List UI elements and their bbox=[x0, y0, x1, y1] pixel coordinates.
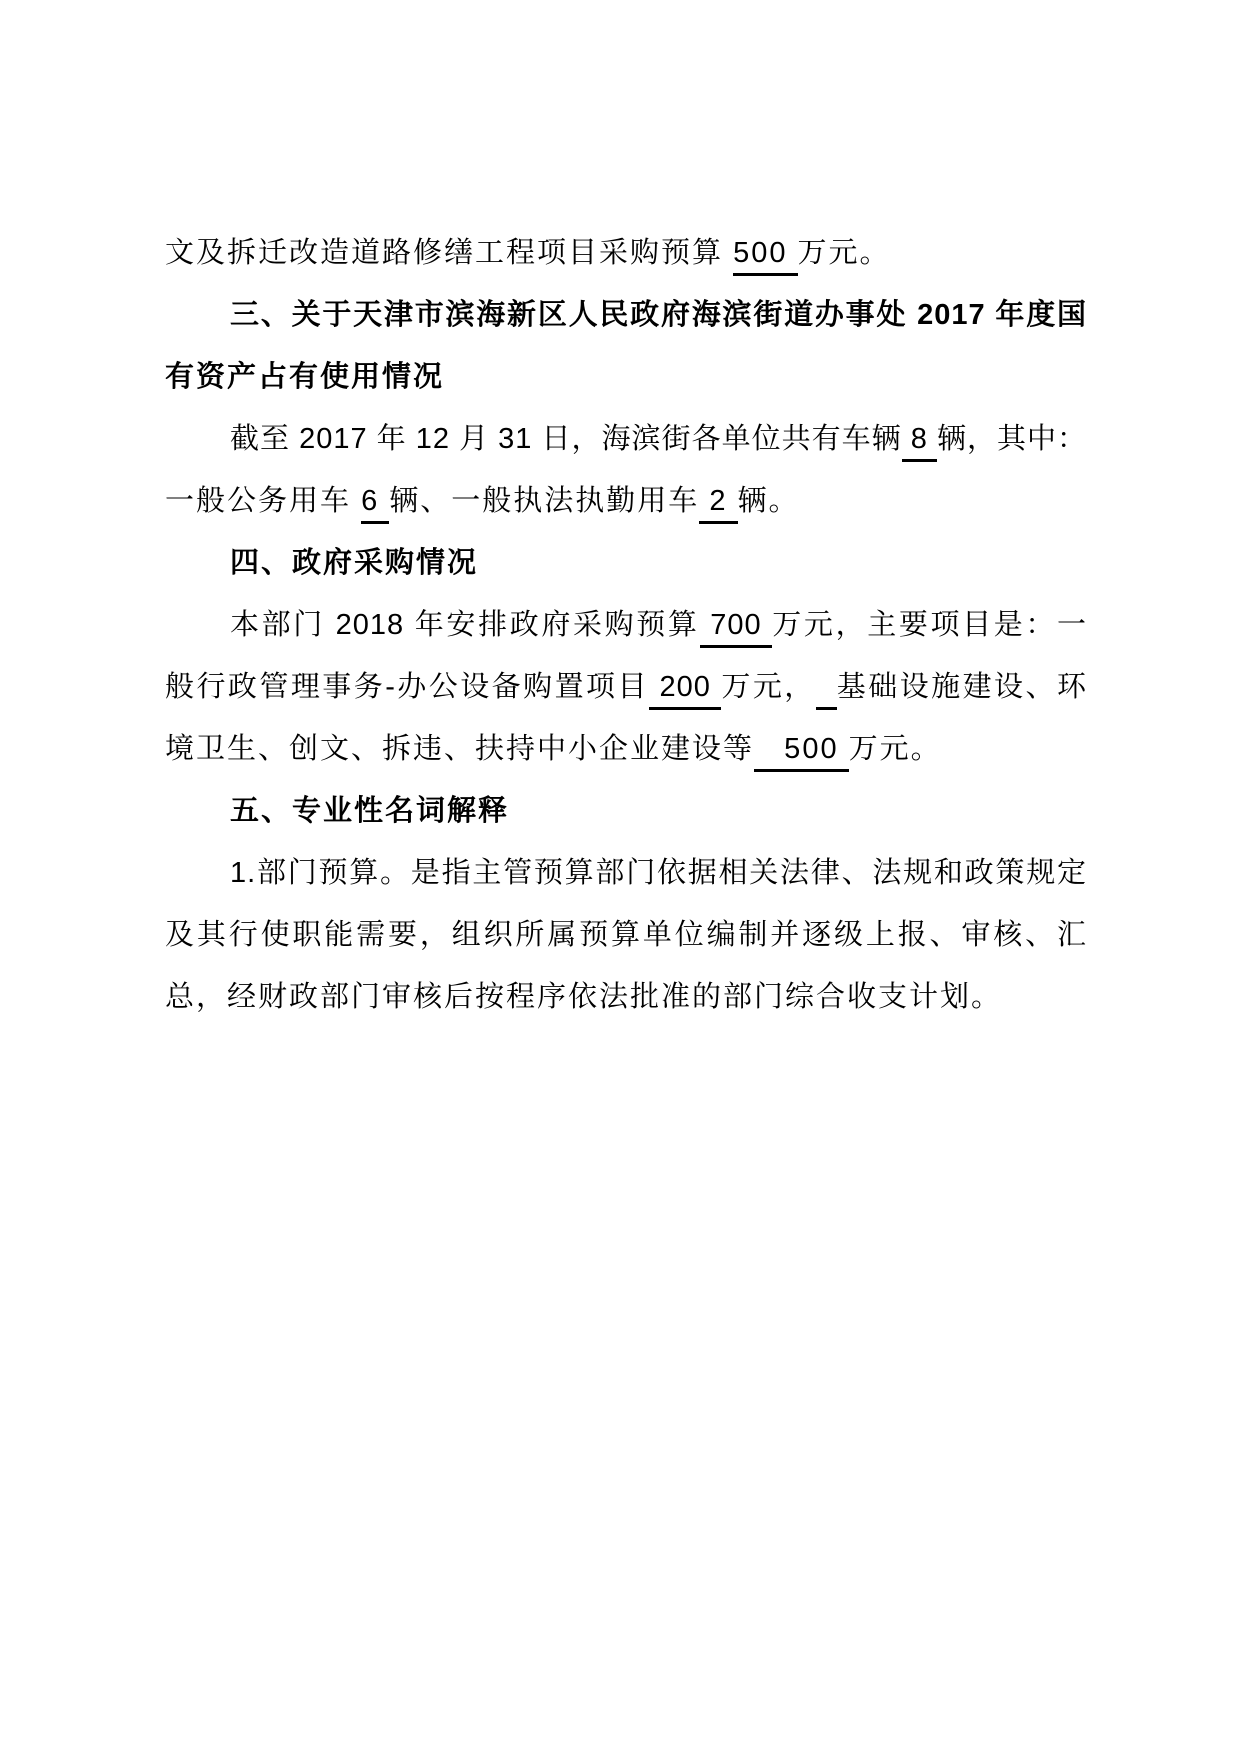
text-segment: 1.部门预算。是指主管预算部门依据相关法律、法规和政策规定 bbox=[230, 857, 1087, 889]
heading-text: 五、专业性名词解释 bbox=[230, 795, 509, 827]
text-segment: 本部门 2018 年安排政府采购预算 bbox=[230, 609, 700, 641]
paragraph-continuation-line: 文及拆迁改造道路修缮工程项目采购预算 500 万元。 bbox=[165, 222, 1087, 284]
text-segment: 万元。 bbox=[849, 733, 942, 765]
procurement-budget-700-value: 700 bbox=[700, 609, 773, 648]
section-heading-3-line-2: 有资产占有使用情况 bbox=[165, 346, 1087, 408]
heading-text: 三、关于天津市滨海新区人民政府海滨街道办事处 2017 年度国 bbox=[230, 299, 1087, 331]
text-segment: 般行政管理事务-办公设备购置项目 bbox=[165, 671, 649, 703]
text-segment: 辆，其中： bbox=[937, 423, 1087, 455]
text-segment: 总，经财政部门审核后按程序依法批准的部门综合收支计划。 bbox=[165, 981, 1002, 1013]
section-heading-5: 五、专业性名词解释 bbox=[165, 780, 1087, 842]
section-heading-3-line-1: 三、关于天津市滨海新区人民政府海滨街道办事处 2017 年度国 bbox=[165, 284, 1087, 346]
glossary-paragraph-line-1: 1.部门预算。是指主管预算部门依据相关法律、法规和政策规定 bbox=[165, 842, 1087, 904]
text-segment: 辆。 bbox=[738, 485, 800, 517]
text-segment: 万元，主要项目是：一 bbox=[772, 609, 1087, 641]
section-heading-4: 四、政府采购情况 bbox=[165, 532, 1087, 594]
procurement-paragraph-line-3: 境卫生、创文、拆违、扶持中小企业建设等 500 万元。 bbox=[165, 718, 1087, 780]
text-segment: 辆、一般执法执勤用车 bbox=[389, 485, 699, 517]
heading-text: 有资产占有使用情况 bbox=[165, 361, 444, 393]
procurement-paragraph-line-2: 般行政管理事务-办公设备购置项目 200 万元， 基础设施建设、环 bbox=[165, 656, 1087, 718]
budget-500-value: 500 bbox=[733, 237, 797, 276]
law-enforcement-vehicle-2-value: 2 bbox=[699, 485, 737, 524]
text-segment: 一般公务用车 bbox=[165, 485, 361, 517]
document-page: 文及拆迁改造道路修缮工程项目采购预算 500 万元。 三、关于天津市滨海新区人民… bbox=[0, 0, 1241, 1755]
text-segment: 境卫生、创文、拆违、扶持中小企业建设等 bbox=[165, 733, 754, 765]
infrastructure-500-value: 500 bbox=[754, 733, 849, 772]
text-segment: 及其行使职能需要，组织所属预算单位编制并逐级上报、审核、汇 bbox=[165, 919, 1087, 951]
text-segment: 万元。 bbox=[798, 237, 891, 269]
glossary-paragraph-line-2: 及其行使职能需要，组织所属预算单位编制并逐级上报、审核、汇 bbox=[165, 904, 1087, 966]
text-segment: 基础设施建设、环 bbox=[837, 671, 1087, 703]
vehicles-paragraph-line-2: 一般公务用车 6 辆、一般执法执勤用车 2 辆。 bbox=[165, 470, 1087, 532]
heading-text: 四、政府采购情况 bbox=[230, 547, 478, 579]
official-vehicle-6-value: 6 bbox=[361, 485, 389, 524]
vehicles-paragraph-line-1: 截至 2017 年 12 月 31 日，海滨街各单位共有车辆 8 辆，其中： bbox=[165, 408, 1087, 470]
procurement-paragraph-line-1: 本部门 2018 年安排政府采购预算 700 万元，主要项目是：一 bbox=[165, 594, 1087, 656]
text-segment: 万元， bbox=[721, 671, 815, 703]
text-segment: 文及拆迁改造道路修缮工程项目采购预算 bbox=[165, 237, 733, 269]
vehicle-total-8-value: 8 bbox=[902, 423, 937, 462]
blank-underline bbox=[816, 671, 837, 710]
text-segment: 截至 2017 年 12 月 31 日，海滨街各单位共有车辆 bbox=[230, 423, 902, 455]
glossary-paragraph-line-3: 总，经财政部门审核后按程序依法批准的部门综合收支计划。 bbox=[165, 966, 1087, 1028]
office-equipment-200-value: 200 bbox=[649, 671, 721, 710]
